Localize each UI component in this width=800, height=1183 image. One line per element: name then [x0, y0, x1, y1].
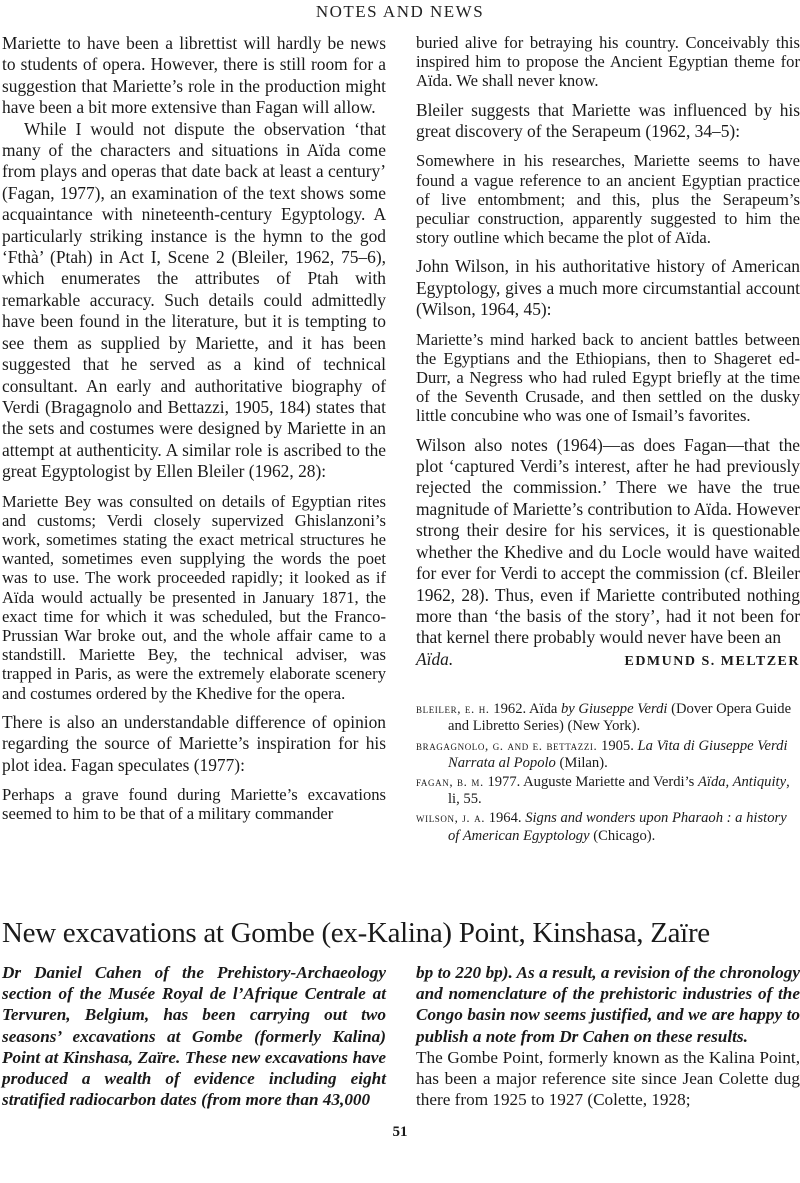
block-quote: Mariette Bey was consulted on details of…: [2, 492, 386, 703]
paragraph: The Gombe Point, formerly known as the K…: [416, 1047, 800, 1111]
paragraph: Bleiler suggests that Mariette was influ…: [416, 100, 800, 143]
reference-item: wilson, j. a. 1964. Signs and wonders up…: [416, 809, 800, 844]
page-number: 51: [0, 1124, 800, 1141]
paragraph: Wilson also notes (1964)—as does Fagan—t…: [416, 435, 800, 649]
block-quote: Perhaps a grave found during Mariette’s …: [2, 785, 386, 823]
article-intro: Dr Daniel Cahen of the Prehistory-Archae…: [2, 962, 386, 1110]
paragraph: While I would not dispute the observatio…: [2, 119, 386, 483]
right-column: buried alive for betraying his country. …: [416, 33, 800, 846]
paragraph: There is also an understandable differen…: [2, 712, 386, 776]
signature-line: Aïda. EDMUND S. MELTZER: [416, 649, 800, 672]
author-signature: EDMUND S. MELTZER: [624, 651, 800, 672]
references-list: bleiler, e. h. 1962. Aïda by Giuseppe Ve…: [416, 700, 800, 845]
running-head: NOTES AND NEWS: [0, 2, 800, 22]
article-left-column: Dr Daniel Cahen of the Prehistory-Archae…: [2, 962, 386, 1110]
paragraph: Mariette to have been a librettist will …: [2, 33, 386, 119]
article-intro: bp to 220 bp). As a result, a revision o…: [416, 962, 800, 1047]
left-column: Mariette to have been a librettist will …: [2, 33, 386, 823]
article-title: New excavations at Gombe (ex-Kalina) Poi…: [2, 917, 798, 950]
paragraph: John Wilson, in his authoritative histor…: [416, 256, 800, 320]
block-quote: Mariette’s mind harked back to ancient b…: [416, 330, 800, 426]
closing-word: Aïda.: [416, 649, 453, 670]
reference-item: bleiler, e. h. 1962. Aïda by Giuseppe Ve…: [416, 700, 800, 735]
block-quote: buried alive for betraying his country. …: [416, 33, 800, 91]
reference-item: fagan, b. m. 1977. Auguste Mariette and …: [416, 773, 800, 808]
article-right-column: bp to 220 bp). As a result, a revision o…: [416, 962, 800, 1110]
block-quote: Somewhere in his researches, Mariette se…: [416, 151, 800, 247]
reference-item: bragagnolo, g. and e. bettazzi. 1905. La…: [416, 737, 800, 772]
